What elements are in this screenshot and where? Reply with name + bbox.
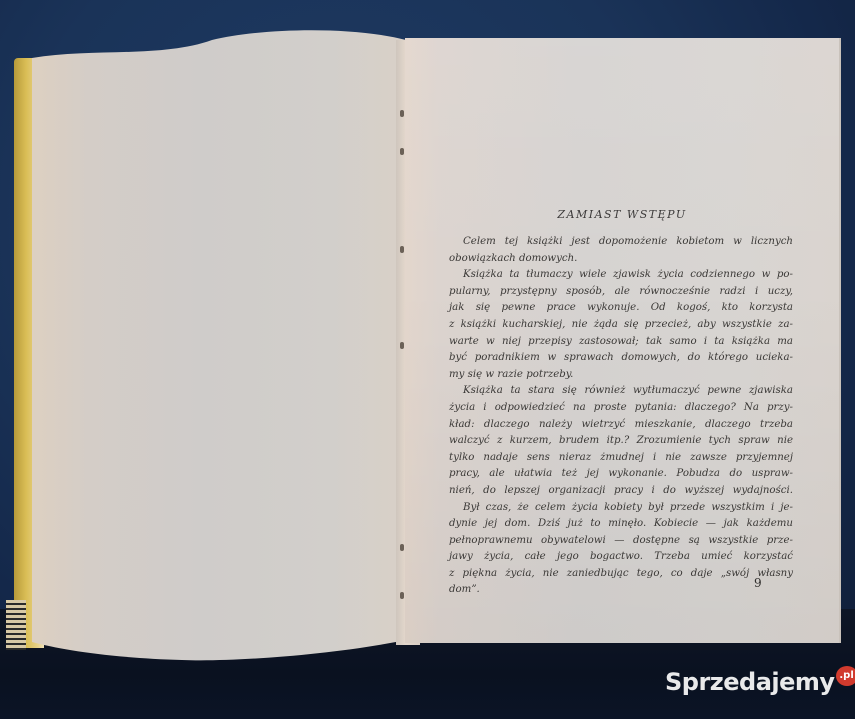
page-stack-edge: [6, 600, 26, 650]
text-line: obowiązkach domowych.: [449, 251, 793, 268]
text-line: Książka ta tłumaczy wiele zjawisk życia …: [449, 267, 793, 284]
text-line: jak się pewne prace wykonuje. Od kogoś, …: [449, 300, 793, 317]
watermark-text: Sprzedajemy: [665, 668, 835, 696]
binding-stitch: [400, 246, 404, 253]
text-line: pracy, ale ułatwia też jej wykonanie. Po…: [449, 466, 793, 483]
text-line: pularny, przystępny sposób, ale równocze…: [449, 284, 793, 301]
text-line: tylko nadaje sens nieraz żmudnej i nie z…: [449, 450, 793, 467]
text-line: Książka ta stara się również wytłumaczyć…: [449, 383, 793, 400]
text-line: pełnoprawnemu obywatelowi — dostępne są …: [449, 533, 793, 550]
chapter-title: ZAMIAST WSTĘPU: [405, 208, 839, 221]
right-page: ZAMIAST WSTĘPU Celem tej książki jest do…: [405, 38, 839, 643]
text-line: nień, do lepszej organizacji pracy i do …: [449, 483, 793, 500]
binding-stitch: [400, 148, 404, 155]
text-line: dynie jej dom. Dziś już to minęło. Kobie…: [449, 516, 793, 533]
binding-stitch: [400, 342, 404, 349]
text-line: z piękna życia, nie zaniedbując tego, co…: [449, 566, 793, 583]
text-line: życia i odpowiedzieć na proste pytania: …: [449, 400, 793, 417]
page-body-text: Celem tej książki jest dopomożenie kobie…: [449, 234, 793, 599]
sprzedajemy-watermark: Sprzedajemy .pl: [665, 668, 855, 696]
text-line: warte w niej przepisy zastosował; tak sa…: [449, 334, 793, 351]
text-line: jawy życia, całe jego bogactwo. Trzeba u…: [449, 549, 793, 566]
watermark-pl-badge-icon: .pl: [836, 666, 855, 686]
page-number: 9: [754, 576, 762, 590]
text-line: my się w razie potrzeby.: [449, 367, 793, 384]
text-line: dom”.: [449, 582, 793, 599]
text-line: być poradnikiem w sprawach domowych, do …: [449, 350, 793, 367]
text-line: Celem tej książki jest dopomożenie kobie…: [449, 234, 793, 251]
binding-stitch: [400, 110, 404, 117]
text-line: kład: dlaczego należy wietrzyć mieszkani…: [449, 417, 793, 434]
left-page-blank: [32, 30, 406, 662]
text-line: z książki kucharskiej, nie żąda się prze…: [449, 317, 793, 334]
binding-stitch: [400, 592, 404, 599]
text-line: Był czas, że celem życia kobiety był prz…: [449, 500, 793, 517]
text-line: walczyć z kurzem, brudem itp.? Zrozumien…: [449, 433, 793, 450]
binding-stitch: [400, 544, 404, 551]
